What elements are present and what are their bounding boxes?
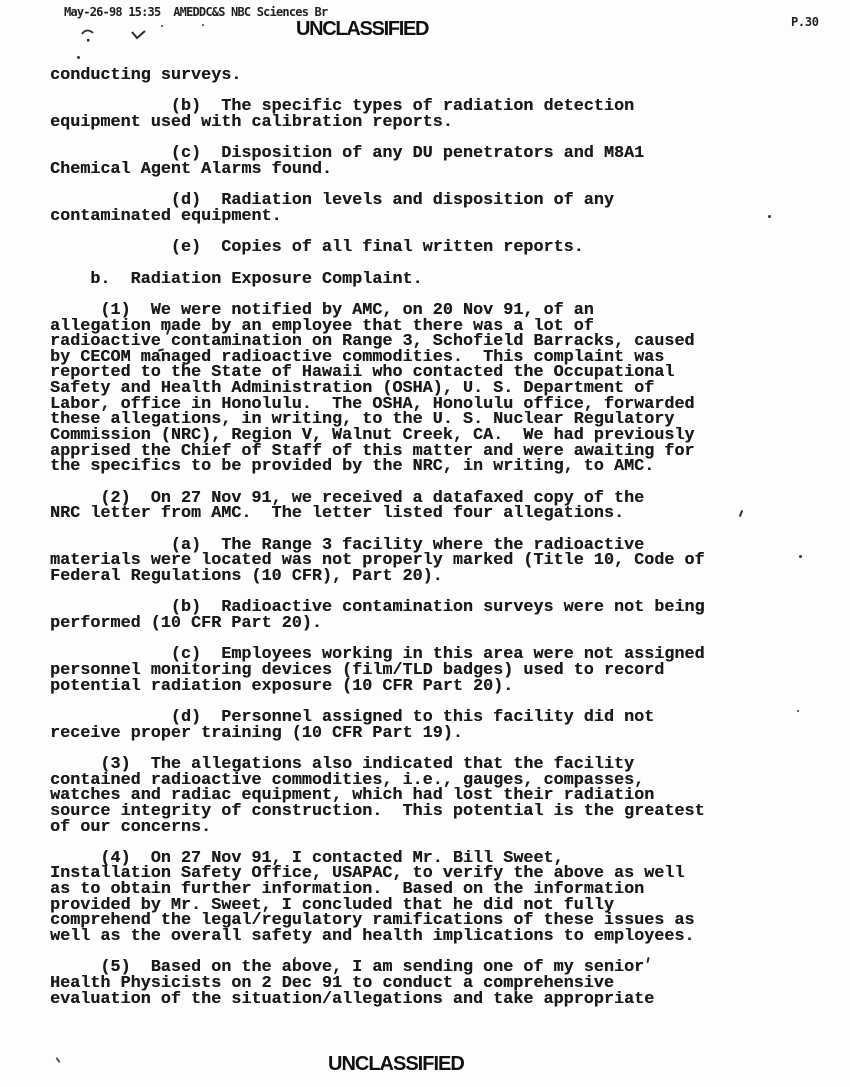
scan-artifact xyxy=(294,957,296,959)
scan-artifact xyxy=(77,56,80,59)
scan-artifact xyxy=(799,555,802,558)
pen-squiggle-artifact xyxy=(80,27,102,43)
classification-banner-bottom: UNCLASSIFIED xyxy=(328,1053,464,1076)
scan-artifact xyxy=(202,24,204,26)
classification-banner-top: UNCLASSIFIED xyxy=(296,18,428,41)
scan-artifact xyxy=(739,510,743,517)
fax-page-number: P.30 xyxy=(791,15,819,29)
scan-artifact xyxy=(55,1057,60,1063)
fax-document-page: May-26-98 15:35 AMEDDC&S NBC Sciences Br… xyxy=(0,0,850,1087)
document-body: conducting surveys. (b) The specific typ… xyxy=(50,68,705,1007)
pen-checkmark-artifact xyxy=(130,29,148,43)
scan-artifact xyxy=(768,215,771,218)
scan-artifact xyxy=(797,710,799,712)
scan-artifact xyxy=(161,25,163,27)
fax-transmission-header: May-26-98 15:35 AMEDDC&S NBC Sciences Br xyxy=(64,5,327,19)
